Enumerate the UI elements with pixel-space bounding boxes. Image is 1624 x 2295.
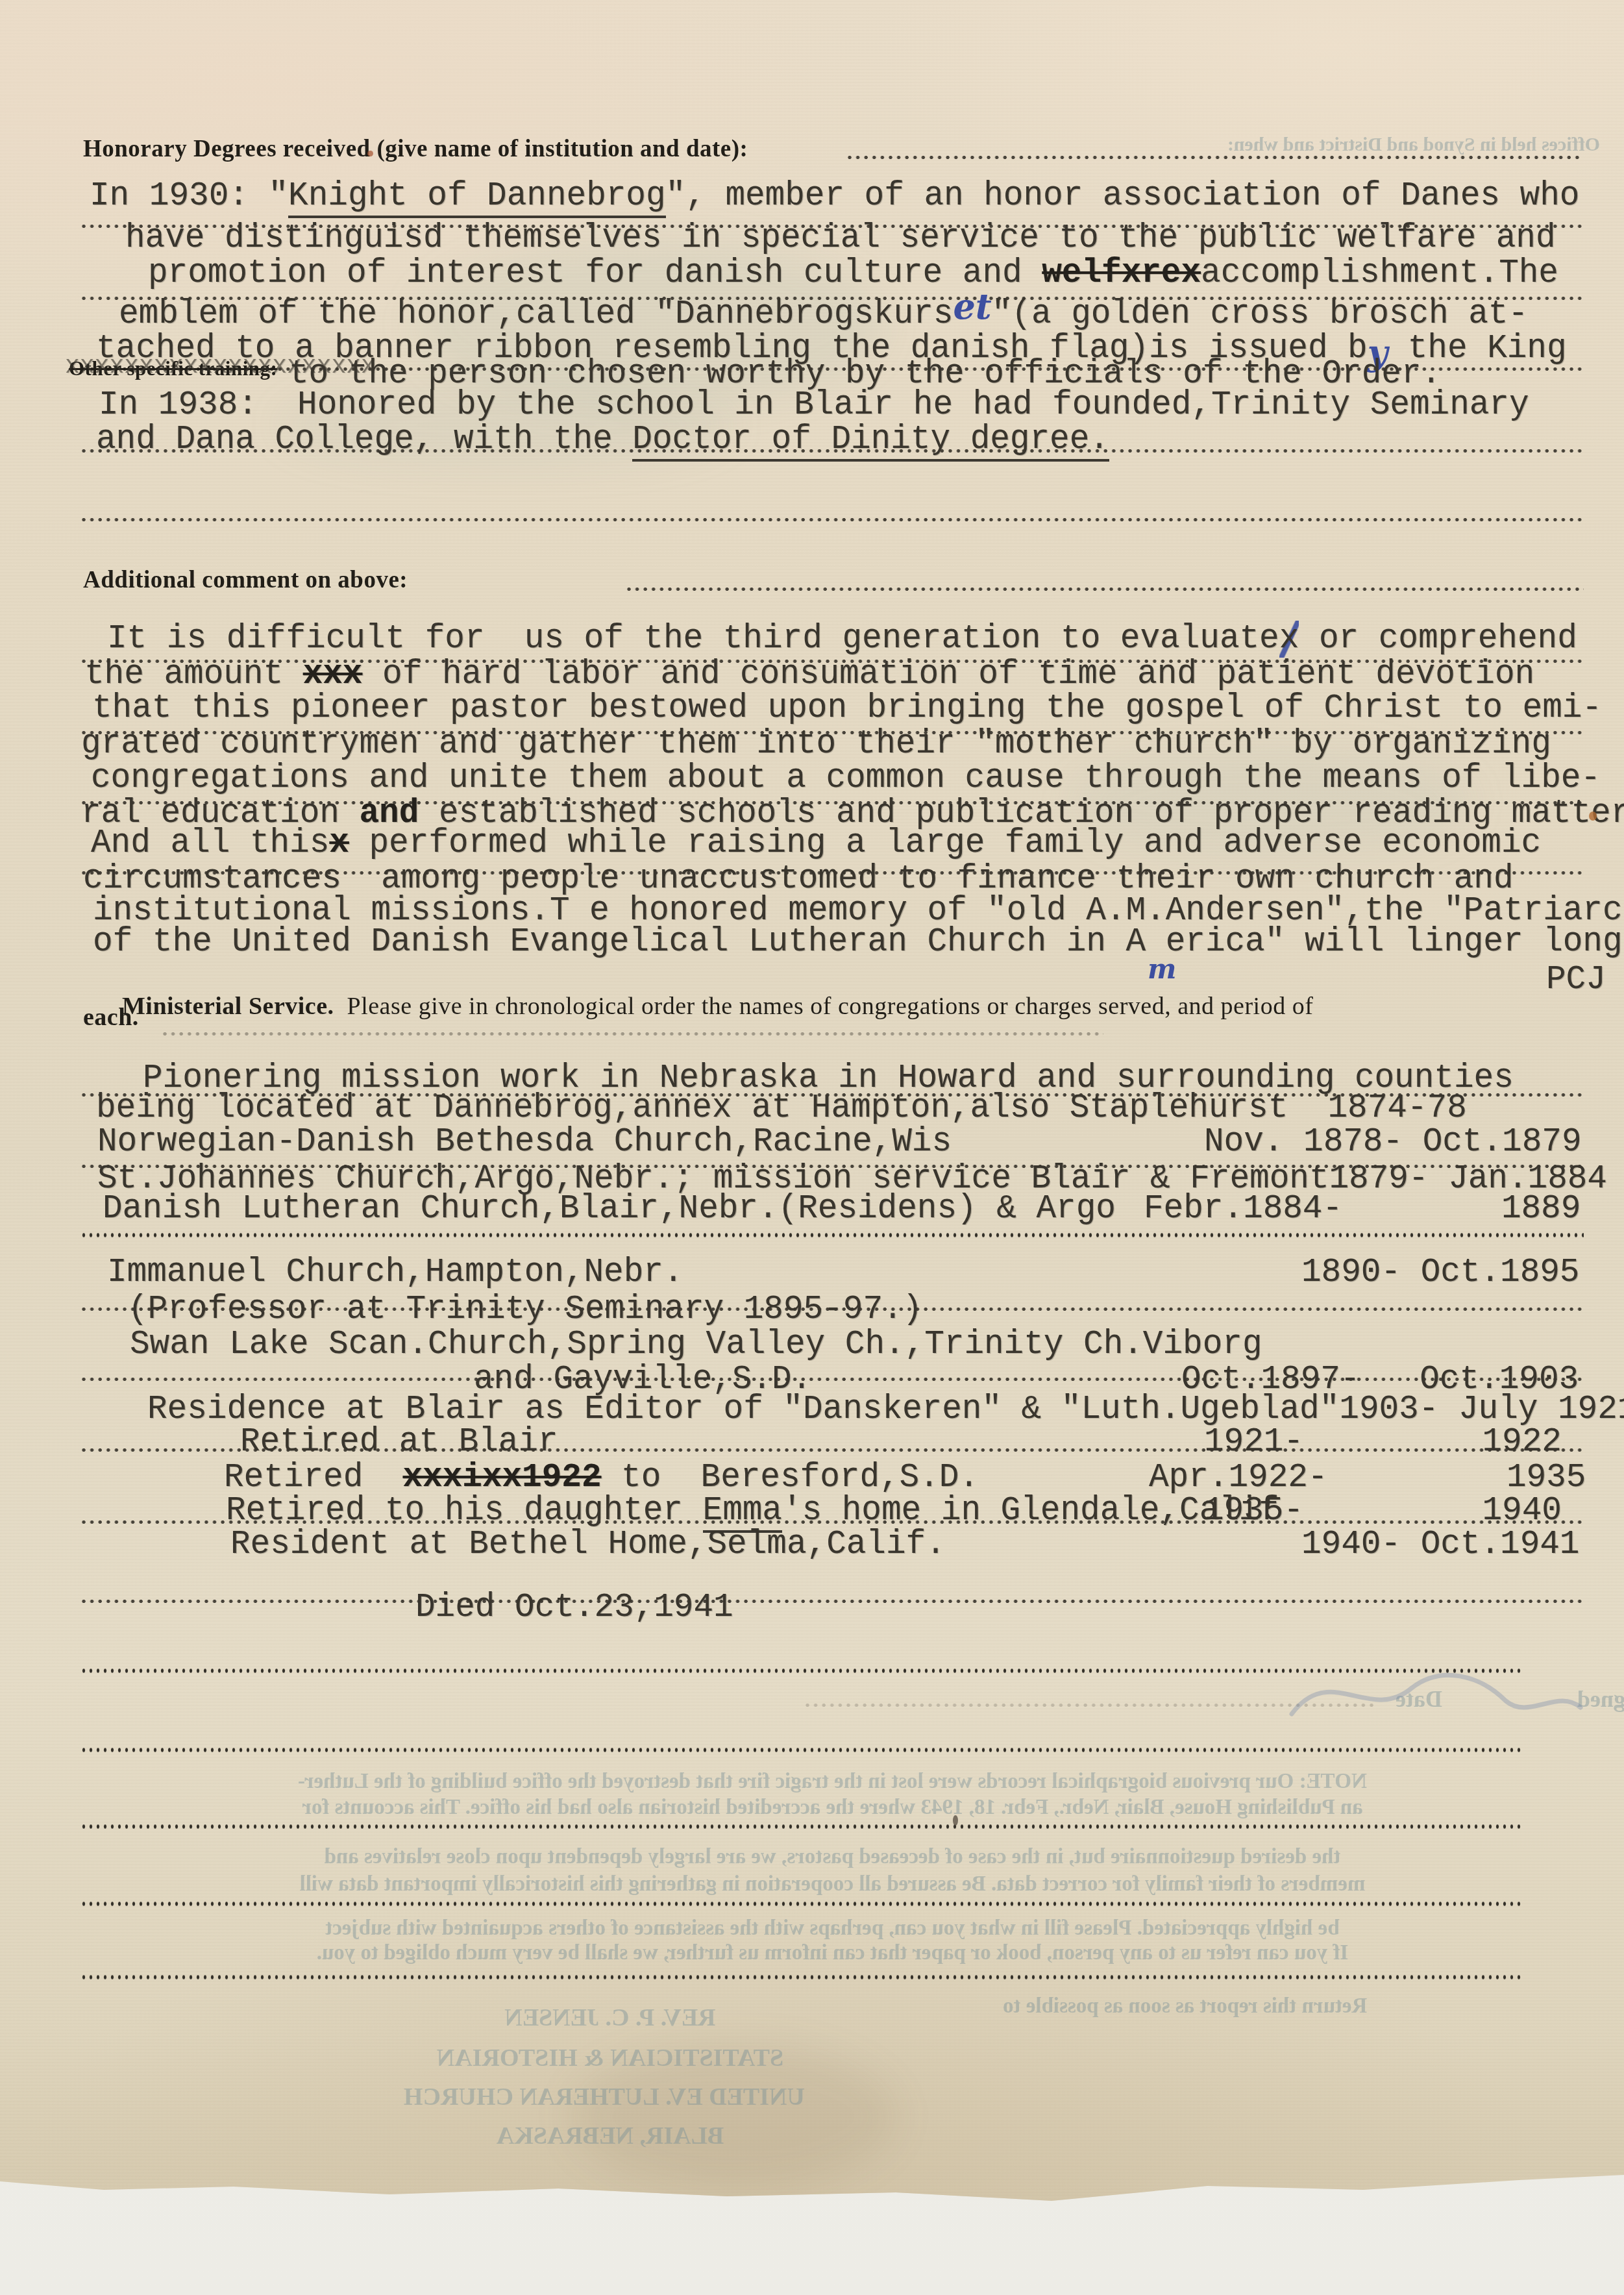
typed-date-range: 1921- 1922	[1204, 1423, 1562, 1461]
bleed-text-offices: Offices held in Synod and District and w…	[1236, 134, 1600, 156]
form-label-ministerial-service: Ministerial Service. Please give in chro…	[83, 963, 1313, 1049]
typed-line: grated countrymen and gather them into t…	[81, 725, 1551, 763]
dotted-rule	[81, 1823, 1522, 1830]
typed-line: and Dana College, with the Doctor of Din…	[96, 421, 1109, 459]
handwritten-correction: et	[953, 286, 991, 327]
typed-line: It is difficult for us of the third gene…	[107, 620, 1577, 658]
underlined-text: Knight of Dannebrog	[288, 178, 666, 218]
typed-line: Swan Lake Scan.Church,Spring Valley Ch.,…	[130, 1326, 1262, 1364]
bleed-text-note-line: the desired questionnaire but, in the ca…	[81, 1845, 1584, 1869]
scanned-document-page: Offices held in Synod and District and w…	[0, 0, 1624, 2295]
typed-line: In 1938: Honored by the school in Blair …	[99, 386, 1529, 425]
bleed-text-address: REV. P. C. JENSEN	[415, 2003, 805, 2032]
dotted-rule	[81, 1232, 1584, 1239]
typed-line: Resident at Bethel Home,Selma,Calif.	[230, 1526, 946, 1564]
form-label-additional-comment: Additional comment on above:	[83, 566, 408, 594]
typed-line-died: Died Oct.23,1941	[415, 1589, 733, 1627]
struck-text: x	[329, 825, 349, 862]
typed-line: In 1930: "Knight of Dannebrog", member o…	[90, 177, 1579, 216]
typed-date-range: Nov. 1878- Oct.1879	[1204, 1123, 1582, 1161]
typed-line: have distinguisd themselves in special s…	[125, 219, 1556, 258]
struck-text: welfxrex	[1042, 255, 1201, 292]
typed-line: Retired at Blair	[240, 1423, 558, 1461]
typed-date-range: Febr.1884- 1889	[1144, 1190, 1581, 1228]
typed-line: that this pioneer pastor bestowed upon b…	[92, 689, 1602, 728]
typed-line: Norwegian-Danish Bethesda Church,Racine,…	[97, 1123, 952, 1161]
typed-date-range: 1935- 1940	[1204, 1492, 1562, 1530]
dark-speck	[953, 1815, 958, 1826]
form-label-honorary-degrees: Honorary Degrees received (give name of …	[83, 135, 748, 163]
typed-line: Immanuel Church,Hampton,Nebr.	[107, 1254, 683, 1292]
bleed-text-note-line: If you can refer us to any person, book …	[81, 1941, 1584, 1965]
typed-line: And all thisx performed while raising a …	[91, 825, 1541, 863]
bleed-text-address: STATISTICIAN & HISTORIAN	[415, 2044, 805, 2072]
reporter-initials: PCJ	[1546, 961, 1606, 999]
signature-bleed	[1285, 1652, 1590, 1737]
typed-line: Retired to his daughter Emma's home in G…	[226, 1492, 1279, 1530]
form-label-each: each.	[83, 1003, 139, 1032]
underlined-text: Doctor of Dinity degree.	[632, 421, 1109, 462]
bleed-text-note-line: an Publishing House, Blair, Nebr., Febr.…	[81, 1796, 1584, 1820]
dotted-rule	[847, 155, 1581, 160]
bleed-text-note-line: members of their family for correct data…	[81, 1872, 1584, 1896]
dotted-rule	[81, 1598, 1584, 1604]
dotted-rule	[81, 1974, 1522, 1981]
paper-sheet: Offices held in Synod and District and w…	[0, 0, 1624, 2206]
bleed-text-address: BLAIR, NEBRASKA	[415, 2122, 805, 2150]
typed-line: being located at Dannebrog,annex at Hamp…	[96, 1089, 1467, 1128]
rust-speck	[1589, 812, 1597, 821]
bleed-text-note-line: be highly appreciated. Please fill in wh…	[81, 1917, 1584, 1941]
typed-line: (Professor at Trinity Seminary 1895-97.)	[128, 1291, 922, 1329]
dotted-rule	[81, 1746, 1522, 1754]
typed-line: of the United Danish Evangelical Luthera…	[93, 923, 1624, 961]
typed-line: promotion of interest for danish culture…	[148, 254, 1558, 293]
bleed-text-note-line: NOTE: Our previous biographical records …	[81, 1770, 1584, 1794]
ministerial-bold-text: Ministerial Service.	[122, 993, 334, 1020]
typed-line: congregations and unite them about a com…	[91, 760, 1601, 798]
typed-line: Danish Lutheran Church,Blair,Nebr.(Resid…	[103, 1190, 1116, 1228]
bleed-text-return-line: Return this report as soon as possible t…	[1003, 1994, 1367, 2018]
struck-text-blue: x	[1279, 621, 1299, 658]
dotted-rule	[81, 1900, 1522, 1907]
struck-text: xxxixx1922	[402, 1459, 601, 1496]
rust-speck	[367, 151, 373, 156]
typed-date-range: 1890- Oct.1895	[1301, 1254, 1579, 1292]
struck-text: xxx	[303, 656, 363, 693]
bleed-text-address: UNITED EV. LUTHERAN CHURCH	[415, 2083, 805, 2111]
dotted-rule	[81, 1667, 1522, 1674]
dotted-rule	[81, 517, 1584, 523]
dotted-rule	[626, 586, 1584, 592]
ministerial-instruction-text: Please give in chronological order the n…	[334, 993, 1314, 1020]
handwritten-correction-m: m	[1148, 953, 1176, 985]
typed-date-range: 1940- Oct.1941	[1301, 1526, 1579, 1564]
typed-line: the amount xxx of hard labor and consuma…	[84, 656, 1534, 694]
